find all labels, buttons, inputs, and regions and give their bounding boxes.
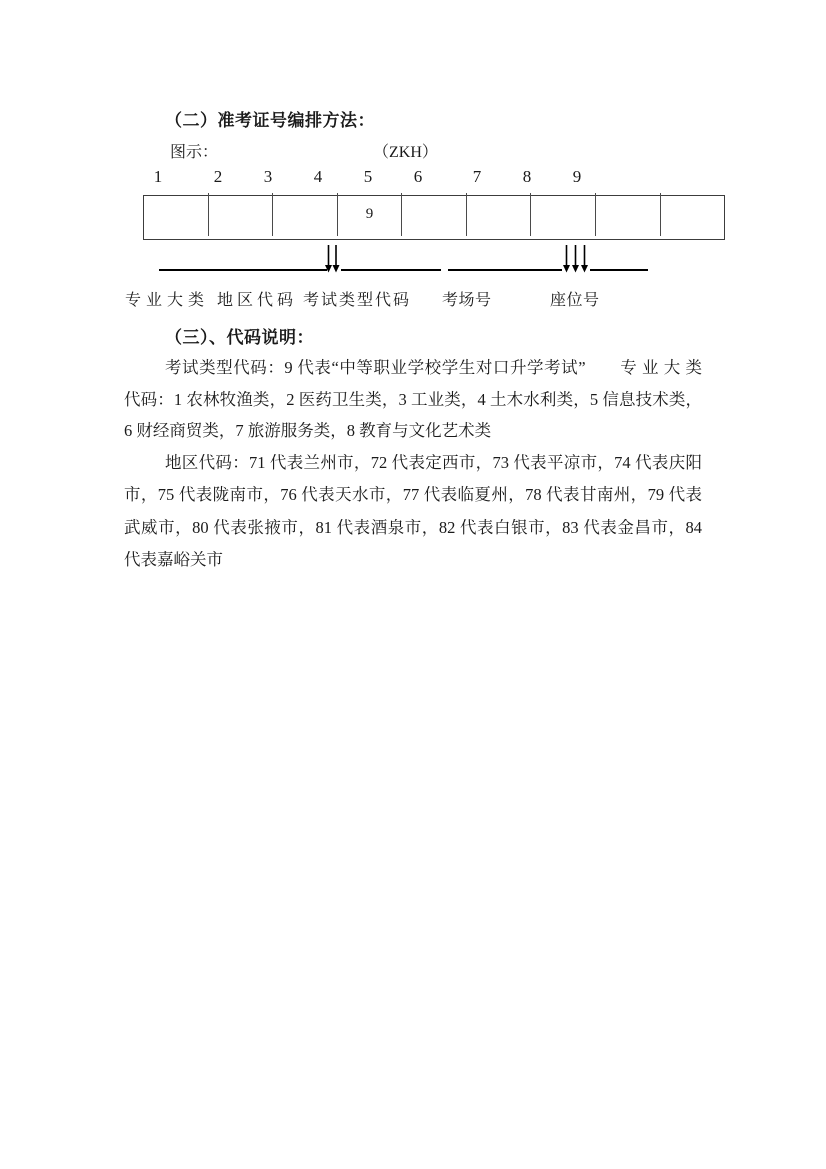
field-label-exam-type-code: 考试类型代码 (303, 287, 411, 310)
bracket-rule-exam-type (341, 269, 441, 271)
figure-caption: 图示： (170, 139, 218, 162)
scale-number: 8 (517, 168, 537, 186)
bracket-rule-major-category (159, 269, 327, 271)
body-line: 代表嘉峪关市 (124, 550, 702, 569)
body-line: 6 财经商贸类，7 旅游服务类，8 教育与文化艺术类 (124, 421, 702, 440)
code-box-cell (530, 193, 595, 236)
bracket-rule-exam-room (448, 269, 562, 271)
document-page: （二）准考证号编排方法： 图示： （ZKH） 1 2 3 4 5 6 7 8 9… (0, 0, 826, 1169)
body-line: 地区代码：71 代表兰州市，72 代表定西市，73 代表平凉市，74 代表庆阳 (124, 453, 702, 472)
scale-number: 1 (148, 168, 168, 186)
scale-number: 9 (567, 168, 587, 186)
section-heading-numbering-method: （二）准考证号编排方法： (165, 106, 375, 131)
field-label-region-code: 地区代码 (217, 287, 297, 310)
body-line: 考试类型代码：9 代表“中等职业学校学生对口升学考试” 专 业 大 类 (124, 358, 702, 377)
body-line: 市，75 代表陇南市，76 代表天水市，77 代表临夏州，78 代表甘南州，79… (124, 485, 702, 504)
scale-number: 3 (258, 168, 278, 186)
field-label-major-category: 专业大类 (125, 287, 209, 310)
scale-number: 7 (467, 168, 487, 186)
figure-caption-code: （ZKH） (373, 139, 438, 162)
code-box-cell-exam-type: 9 (337, 193, 402, 236)
code-box-cell (208, 193, 273, 236)
scale-number: 5 (358, 168, 378, 186)
code-box-cell (660, 193, 725, 236)
bracket-rule-seat (590, 269, 648, 271)
field-label-seat-number: 座位号 (550, 287, 600, 310)
body-line: 武威市，80 代表张掖市，81 代表酒泉市，82 代表白银市，83 代表金昌市，… (124, 518, 702, 537)
section-heading-code-description: （三）、代码说明： (165, 323, 314, 348)
field-label-exam-room: 考场号 (442, 287, 492, 310)
down-arrows-exam-type-icon (321, 245, 343, 273)
code-box-cell (144, 193, 208, 236)
code-box-cell (595, 193, 660, 236)
body-line: 代码：1 农林牧渔类，2 医药卫生类，3 工业类，4 土木水利类，5 信息技术类… (124, 390, 702, 409)
exam-number-box-row: 9 (143, 195, 725, 240)
scale-number: 6 (408, 168, 428, 186)
code-box-cell (466, 193, 531, 236)
down-arrows-seat-number-icon (561, 245, 591, 273)
scale-number: 4 (308, 168, 328, 186)
code-box-cell (401, 193, 466, 236)
scale-number: 2 (208, 168, 228, 186)
code-box-cell (272, 193, 337, 236)
